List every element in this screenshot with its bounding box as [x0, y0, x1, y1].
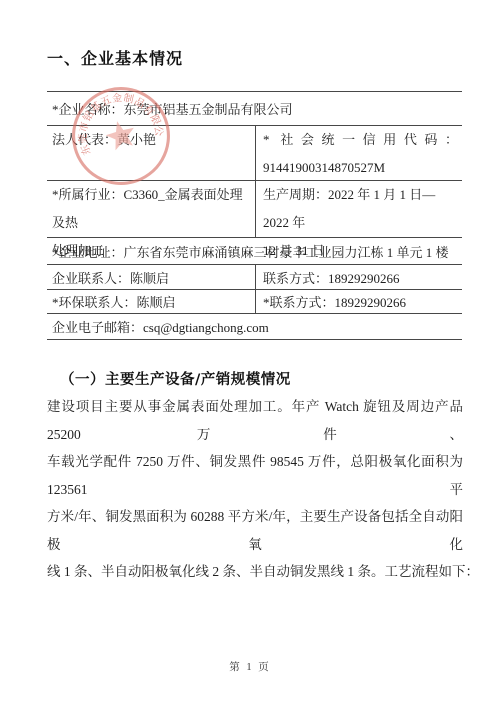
- section-heading: 一、企业基本情况: [47, 46, 183, 69]
- table-row-company-name: *企业名称：东莞市铝基五金制品有限公司: [47, 92, 462, 126]
- email-cell: 企业电子邮箱：csq@dgtiangchong.com: [47, 317, 269, 336]
- env-contact-person-cell: *环保联系人：陈顺启: [47, 290, 255, 313]
- document-page: 一、企业基本情况 *企业名称：东莞市铝基五金制品有限公司 法人代表：黄小艳 * …: [0, 0, 500, 707]
- company-name-cell: *企业名称：东莞市铝基五金制品有限公司: [47, 99, 293, 118]
- credit-code-cell: * 社会统一信用代码： 91441900314870527M: [255, 126, 462, 180]
- paragraph-line: 线 1 条、半自动阳极氧化线 2 条、半自动铜发黑线 1 条。工艺流程如下：: [47, 558, 463, 586]
- production-period-cell: 生产周期：2022 年 1 月 1 日—2022 年 12 月 31 日: [255, 181, 462, 237]
- credit-code-value: 91441900314870527M: [263, 154, 458, 182]
- subsection-heading: （一）主要生产设备/产销规模情况: [60, 368, 291, 389]
- page-number: 第 1 页: [0, 659, 500, 674]
- production-period-line1: 生产周期：2022 年 1 月 1 日—2022 年: [263, 181, 458, 237]
- industry-line1: *所属行业：C3360_金属表面处理及热: [52, 181, 255, 237]
- table-row-contact: 企业联系人：陈顺启 联系方式：18929290266: [47, 265, 462, 290]
- industry-cell: *所属行业：C3360_金属表面处理及热 处理加工: [47, 181, 255, 237]
- contact-phone-cell: 联系方式：18929290266: [255, 265, 462, 289]
- paragraph-line: 建设项目主要从事金属表面处理加工。年产 Watch 旋钮及周边产品 25200 …: [47, 393, 463, 448]
- credit-code-label: * 社会统一信用代码：: [263, 126, 458, 154]
- legal-rep-cell: 法人代表：黄小艳: [47, 126, 255, 180]
- paragraph-line: 方米/年、铜发黑面积为 60288 平方米/年，主要生产设备包括全自动阳极氧化: [47, 503, 463, 558]
- address-cell: *企业地址：广东省东莞市麻涌镇麻三村豪丰工业园力江栋 1 单元 1 楼: [47, 242, 449, 261]
- company-info-table: *企业名称：东莞市铝基五金制品有限公司 法人代表：黄小艳 * 社会统一信用代码：…: [47, 91, 462, 340]
- body-paragraph: 建设项目主要从事金属表面处理加工。年产 Watch 旋钮及周边产品 25200 …: [47, 393, 463, 586]
- env-contact-phone-cell: *联系方式：18929290266: [255, 290, 462, 313]
- table-row-email: 企业电子邮箱：csq@dgtiangchong.com: [47, 314, 462, 340]
- table-row-legal-rep-credit-code: 法人代表：黄小艳 * 社会统一信用代码： 91441900314870527M: [47, 126, 462, 181]
- contact-person-cell: 企业联系人：陈顺启: [47, 265, 255, 289]
- table-row-industry-period: *所属行业：C3360_金属表面处理及热 处理加工 生产周期：2022 年 1 …: [47, 181, 462, 238]
- table-row-env-contact: *环保联系人：陈顺启 *联系方式：18929290266: [47, 290, 462, 314]
- paragraph-line: 车载光学配件 7250 万件、铜发黑件 98545 万件，总阳极氧化面积为 12…: [47, 448, 463, 503]
